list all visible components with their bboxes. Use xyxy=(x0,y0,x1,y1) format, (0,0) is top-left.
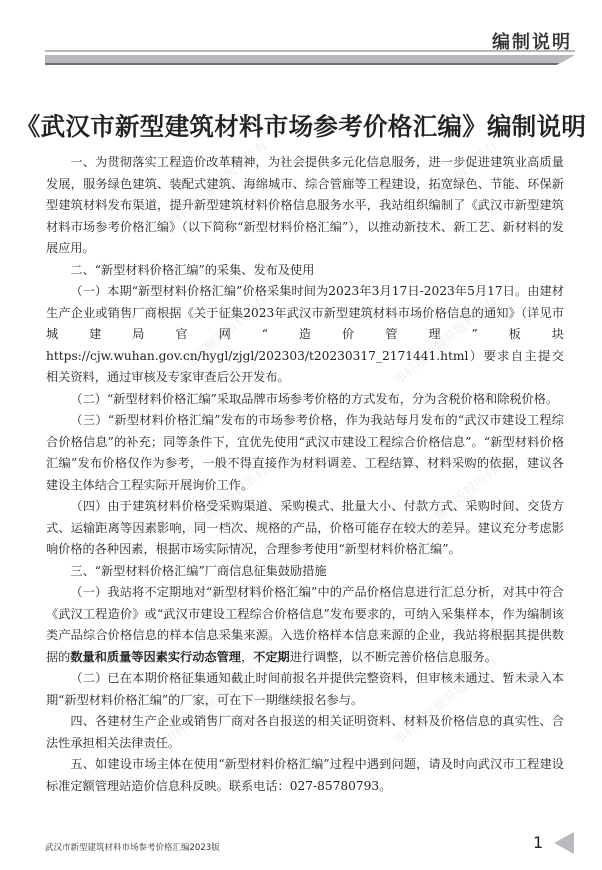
heading-section-3: 三、“新型材料价格汇编”厂商信息征集鼓励措施 xyxy=(46,561,564,583)
page-number: 1 xyxy=(533,833,543,852)
document-body: 一、为贯彻落实工程造价改革精神，为社会提供多元化信息服务，进一步促进建筑业高质量… xyxy=(46,152,564,797)
header-band xyxy=(45,55,575,65)
header-rule xyxy=(45,50,575,52)
paragraph-section-4: 四、各建材生产企业或销售厂商对各自报送的相关证明资料、材料及价格信息的真实性、合… xyxy=(46,711,564,754)
paragraph-3-2: （二）已在本期价格征集通知截止时间前报名并提供完整资料，但审核未通过、暂未录入本… xyxy=(46,668,564,711)
document-title: 《武汉市新型建筑材料市场参考价格汇编》编制说明 xyxy=(0,108,602,143)
paragraph-section-5: 五、如建设市场主体在使用“新型材料价格汇编”过程中遇到问题，请及时向武汉市工程建… xyxy=(46,754,564,797)
bold-phrase: 不定期 xyxy=(253,650,290,664)
paragraph-intro: 一、为贯彻落实工程造价改革精神，为社会提供多元化信息服务，进一步促进建筑业高质量… xyxy=(46,152,564,260)
paragraph-2-4: （四）由于建筑材料价格受采购渠道、采购模式、批量大小、付款方式、采购时间、交货方… xyxy=(46,496,564,561)
bold-phrase: 数量和质量等因素实行动态管理 xyxy=(70,650,241,664)
footer-publication: 武汉市新型建筑材料市场参考价格汇编2023版 xyxy=(45,841,220,853)
heading-section-2: 二、“新型材料价格汇编”的采集、发布及使用 xyxy=(46,260,564,282)
paragraph-2-2: （二）“新型材料价格汇编”采取品牌市场参考价格的方式发布，分为含税价格和除税价格… xyxy=(46,389,564,411)
paragraph-2-3: （三）“新型材料价格汇编”发布的市场参考价格，作为我站每月发布的“武汉市建设工程… xyxy=(46,410,564,496)
page-marker-triangle-icon xyxy=(554,832,574,854)
paragraph-3-1: （一）我站将不定期地对“新型材料价格汇编”中的产品价格信息进行汇总分析，对其中符… xyxy=(46,582,564,668)
paragraph-2-1: （一）本期“新型材料价格汇编”价格采集时间为2023年3月17日-2023年5月… xyxy=(46,281,564,389)
